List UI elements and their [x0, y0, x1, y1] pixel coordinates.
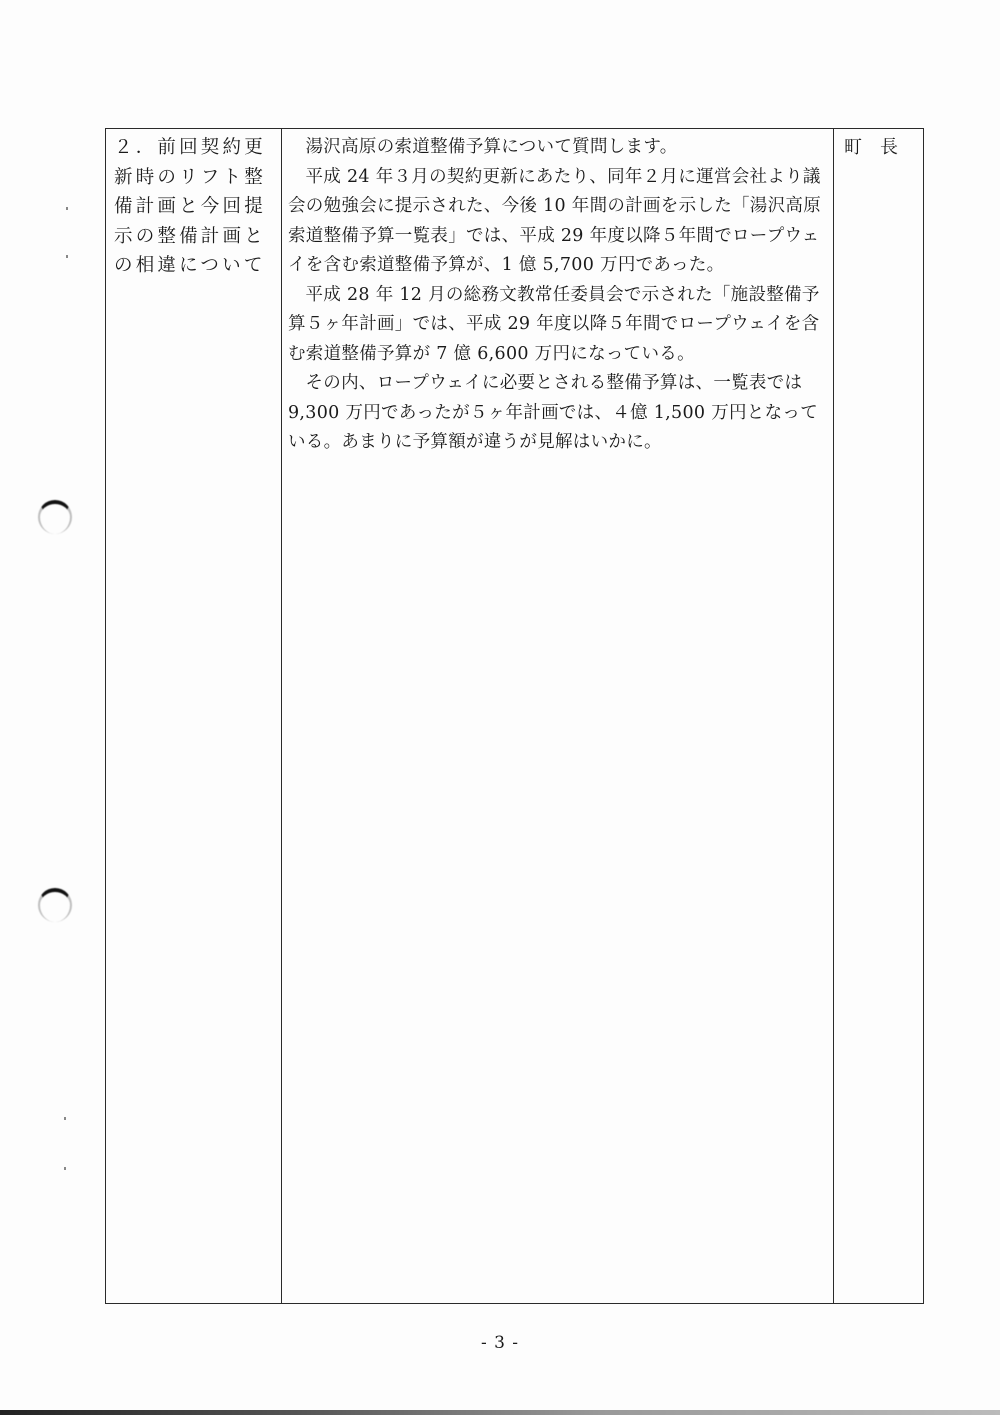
scan-edge-shadow — [0, 1410, 1000, 1415]
respondent-label: 町長 — [844, 133, 923, 162]
body-paragraph: 平成 28 年 12 月の総務文教常任委員会で示された「施設整備予算５ヶ年計画」… — [288, 281, 827, 370]
scan-speck — [66, 255, 68, 258]
question-body-cell: 湯沢高原の索道整備予算について質問します。 平成 24 年３月の契約更新にあたり… — [282, 129, 834, 1304]
topic-cell: ２．前回契約更新時のリフト整備計画と今回提示の整備計画との相違について — [106, 129, 282, 1304]
binder-hole-mark — [38, 500, 72, 534]
binder-hole-mark — [38, 888, 72, 922]
table-row: ２．前回契約更新時のリフト整備計画と今回提示の整備計画との相違について 湯沢高原… — [106, 129, 924, 1304]
question-table: ２．前回契約更新時のリフト整備計画と今回提示の整備計画との相違について 湯沢高原… — [105, 128, 924, 1304]
body-paragraph: その内、ロープウェイに必要とされる整備予算は、一覧表では 9,300 万円であっ… — [288, 369, 827, 458]
body-paragraph: 平成 24 年３月の契約更新にあたり、同年２月に運営会社より議会の勉強会に提示さ… — [288, 163, 827, 281]
topic-text: ２．前回契約更新時のリフト整備計画と今回提示の整備計画との相違について — [114, 133, 275, 281]
page-number: - 3 - — [0, 1333, 1000, 1353]
respondent-cell: 町長 — [834, 129, 924, 1304]
document-page: ２．前回契約更新時のリフト整備計画と今回提示の整備計画との相違について 湯沢高原… — [0, 0, 1000, 1415]
body-paragraph: 湯沢高原の索道整備予算について質問します。 — [288, 133, 827, 163]
scan-speck — [64, 1117, 66, 1120]
question-body: 湯沢高原の索道整備予算について質問します。 平成 24 年３月の契約更新にあたり… — [288, 133, 827, 458]
scan-speck — [64, 1167, 66, 1170]
scan-speck — [66, 207, 68, 210]
